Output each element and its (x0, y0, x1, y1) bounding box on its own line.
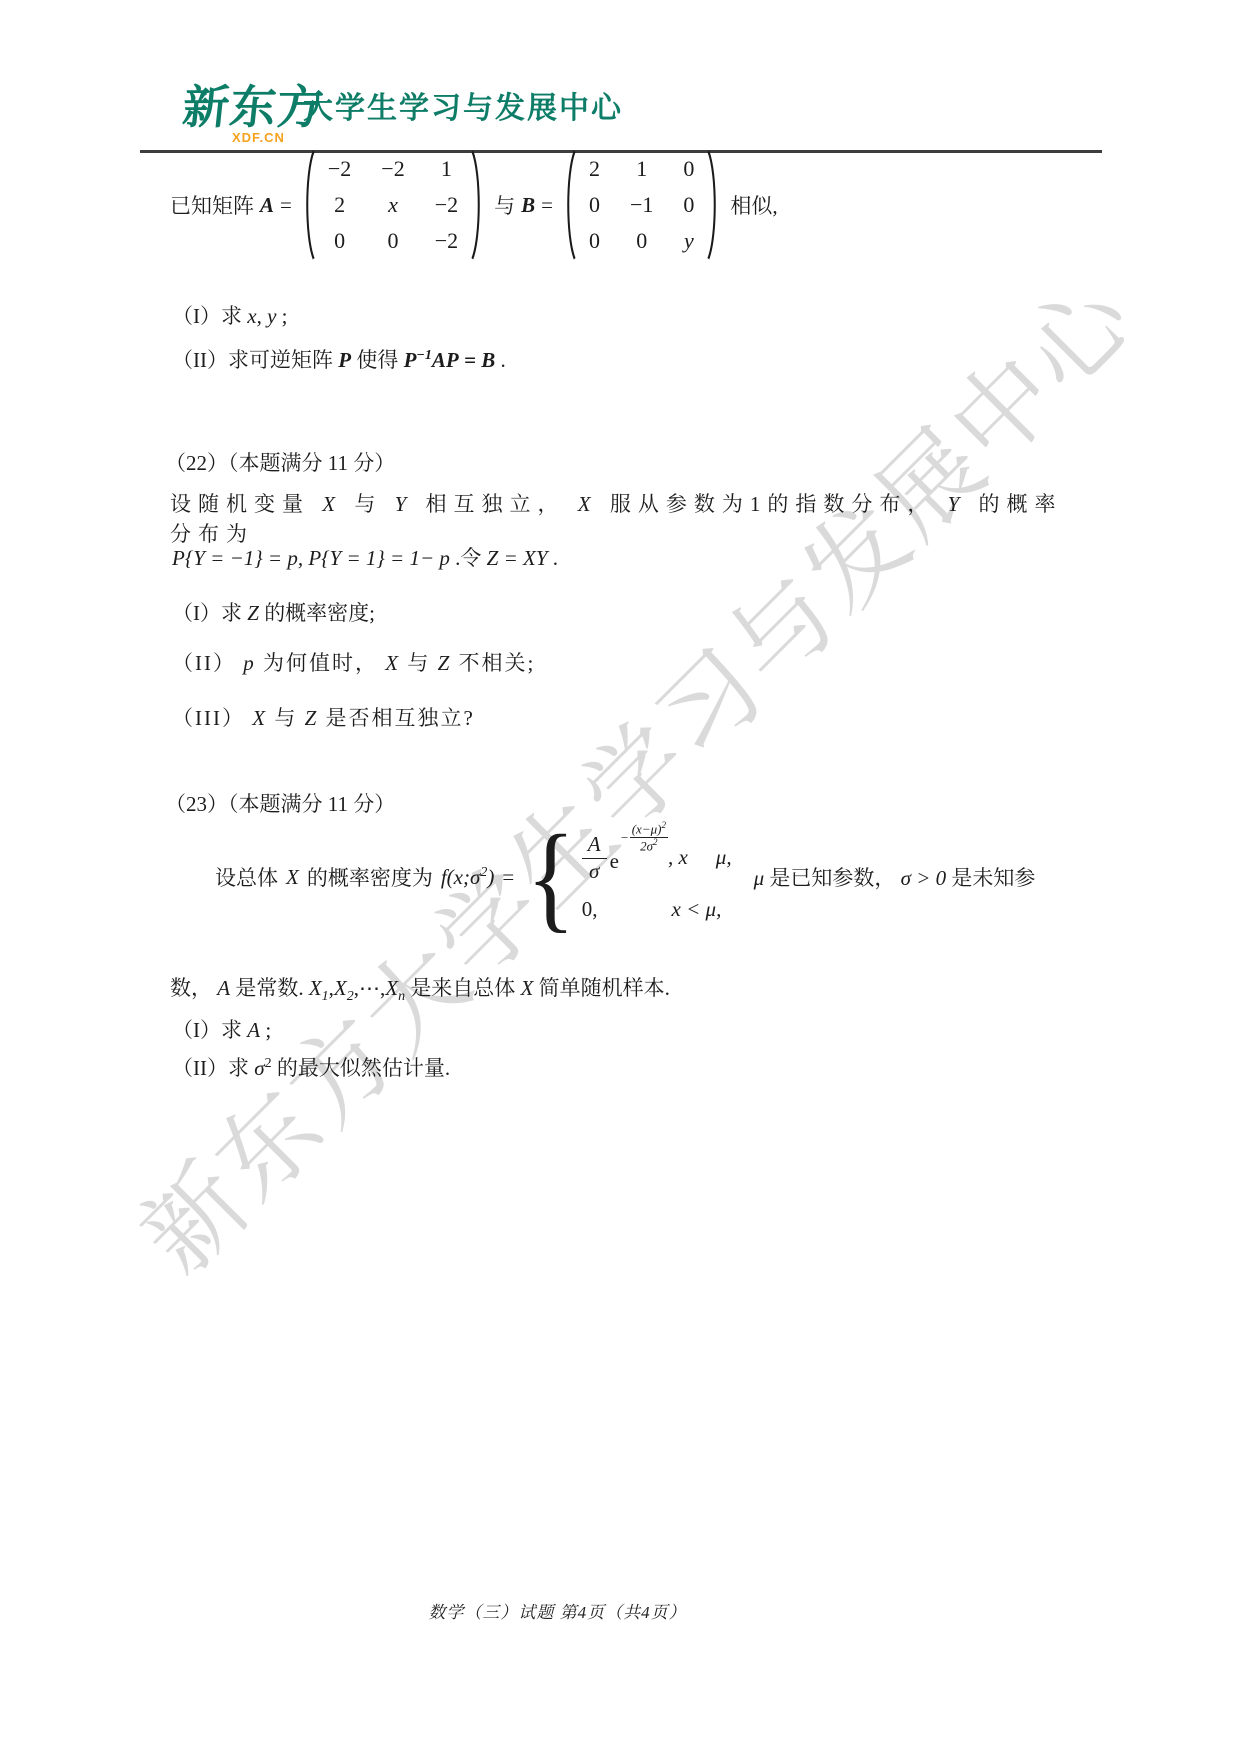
matrix-cell: 1 (630, 156, 653, 182)
q23-e: e (610, 849, 619, 874)
q23-exponent: − (x−μ)2 2σ2 (620, 821, 668, 853)
q23-cond2: x < μ, (672, 897, 722, 922)
matrix-cell: 1 (435, 156, 458, 182)
q23-intro-t2: 的概率密度为 (307, 862, 433, 892)
q23-part2-sigma: σ (254, 1056, 264, 1080)
q23-cond1b: μ, (716, 845, 732, 870)
q23-sample-x2: X (334, 976, 347, 1000)
q22-part1-math: Z (247, 601, 259, 625)
q22-part3-t2: 是否相互独立? (326, 706, 475, 730)
q23-zero: 0, (582, 897, 598, 922)
q23-after-mu: μ (754, 866, 765, 890)
q23-continuation: 数， A 是常数. X1,X2,⋯,Xn 是来自总体 X 简单随机样本. (170, 972, 670, 1005)
left-paren-icon (563, 149, 577, 261)
q23-part2-rest: 的最大似然估计量. (277, 1056, 450, 1080)
matrix-cell: 0 (381, 228, 404, 254)
q21-matrix-line: 已知矩阵 A = −2 −2 1 2 x −2 0 0 −2 与 B = 2 (170, 146, 778, 264)
matrix-cell: 0 (589, 228, 600, 254)
q23-f-of-x: f(x;σ2) (441, 865, 495, 890)
q23-sample-s2: 2 (347, 989, 354, 1004)
q22-line1-seg: Y (948, 492, 967, 516)
q21-part2-eq: = (464, 348, 476, 372)
q21-part2-p-symbol: P (338, 348, 351, 372)
xdf-logo-domain: XDF.CN (232, 131, 285, 144)
q23-part1: （I）求 A ; (172, 1014, 271, 1044)
q22-line1-seg: 设随机变量 (170, 492, 310, 516)
q21-part2-ap: AP (432, 348, 459, 372)
q23-exp-den-text: 2σ (640, 838, 653, 853)
cases-brace-icon: { (526, 824, 575, 930)
q23-f: f(x;σ (441, 865, 481, 889)
matrix-cell: y (683, 228, 694, 254)
q22-line2: P{Y = −1} = p, P{Y = 1} = 1− p .令 Z = XY… (172, 542, 558, 572)
matrix-cell: −2 (435, 192, 458, 218)
header-title: 大学生学习与发展中心 (303, 94, 623, 124)
q23-case-row2: 0, x < μ, (582, 897, 732, 922)
q23-after-t1: 是已知参数， (769, 866, 895, 890)
q23-cond1: , x (668, 845, 688, 870)
page-footer: 数学（三）试题 第4页（共4页） (0, 1598, 1115, 1623)
q22-part2-z: Z (438, 651, 452, 675)
q23-cont-t3: 是来自总体 (410, 976, 515, 1000)
q23-part1-label: （I）求 (172, 1018, 242, 1042)
q23-exp-num: (x−μ)2 (630, 821, 668, 838)
q21-part2: （II）求可逆矩阵 P 使得 P−1AP = B . (172, 344, 506, 374)
matrix-b: 2 1 0 0 −1 0 0 0 y (563, 149, 720, 261)
q21-part2-end: . (500, 348, 505, 372)
q23-frac-den: σ (589, 859, 599, 883)
matrix-cell: 0 (683, 156, 694, 182)
q22-line1-seg: 服从参数为1的指数分布， (610, 492, 936, 516)
q21-part2-mid: 使得 (356, 348, 398, 372)
q21-intro: 已知矩阵 (170, 190, 254, 220)
q21-with: 与 (494, 190, 515, 220)
q21-part1: （I）求 x, y ; (172, 300, 288, 330)
q23-cont-t1: 数， (170, 976, 212, 1000)
q22-part1-rest: 的概率密度; (264, 601, 375, 625)
q23-exp-minus: − (620, 830, 629, 846)
q22-part1-label: （I）求 (172, 601, 242, 625)
q22-line1-seg: 与 (354, 492, 382, 516)
q23-part1-math: A (247, 1018, 260, 1042)
q22-line1-seg: 相互独立， (426, 492, 566, 516)
q23-exp-num-sup: 2 (661, 820, 666, 830)
q23-part2-label: （II）求 (172, 1056, 249, 1080)
q22-line1: 设随机变量 X 与 Y 相互独立， X 服从参数为1的指数分布， Y 的概率分布… (170, 488, 1085, 548)
q23-sample-x1: X (309, 976, 322, 1000)
q22-line2-cn: 令 (460, 546, 481, 570)
q23-cont-t4: 简单随机样本. (539, 976, 670, 1000)
q22-part3-z: Z (305, 706, 319, 730)
q23-cont-x: X (521, 976, 534, 1000)
matrix-cell: 0 (328, 228, 351, 254)
q23-after-text: μ 是已知参数， σ > 0 是未知参 (754, 862, 1036, 892)
q22-part2-p: p (243, 651, 256, 675)
q23-f-eq: = (502, 865, 514, 890)
q22-line1-seg: X (578, 492, 598, 516)
q23-formula-line: 设总体 X 的概率密度为 f(x;σ2) = { A σ e − (215, 812, 1035, 942)
q22-line1-seg: X (322, 492, 342, 516)
q21-matrix-a-symbol: A (260, 193, 274, 218)
q22-part2: （II） p 为何值时， X 与 Z 不相关; (172, 647, 535, 677)
exam-page: 新东方大学生学习与发展中心 新东方 XDF.CN 大学生学习与发展中心 已知矩阵… (0, 0, 1241, 1754)
q21-part1-math: x, y (247, 304, 276, 328)
q22-part2-x: X (385, 651, 400, 675)
q23-part1-end: ; (265, 1018, 271, 1042)
q21-part2-exponent: −1 (416, 348, 431, 363)
q23-sample-sequence: X1,X2,⋯,Xn (309, 976, 405, 1000)
q23-intro-x: X (286, 865, 299, 890)
q22-line1-seg: Y (395, 492, 414, 516)
q23-f-close: ) (487, 865, 494, 889)
matrix-cell: −2 (435, 228, 458, 254)
q23-frac-num: A (582, 832, 607, 858)
q23-sample-sn: n (398, 989, 405, 1004)
matrix-a-grid: −2 −2 1 2 x −2 0 0 −2 (316, 150, 470, 260)
q23-sample-dots: ,⋯, (354, 976, 386, 1000)
q21-part1-label: （I）求 (172, 304, 242, 328)
matrix-cell: −2 (328, 156, 351, 182)
q23-exp-den: 2σ2 (640, 838, 657, 854)
q23-cont-a: A (217, 976, 230, 1000)
q21-part2-b-symbol: B (481, 348, 495, 372)
right-paren-icon (470, 149, 484, 261)
q23-exp-num-text: (x−μ) (632, 822, 662, 837)
matrix-cell: 0 (683, 192, 694, 218)
matrix-a: −2 −2 1 2 x −2 0 0 −2 (302, 149, 484, 261)
matrix-cell: x (381, 192, 404, 218)
q23-exp-fraction: (x−μ)2 2σ2 (630, 821, 668, 853)
q22-line2-math2: Z = XY (487, 546, 548, 570)
q22-part3-t1: 与 (274, 706, 297, 730)
matrix-cell: 2 (589, 156, 600, 182)
q22-part2-t2: 与 (407, 651, 430, 675)
q22-line2-math1: P{Y = −1} = p, P{Y = 1} = 1− p (172, 546, 450, 570)
q23-cases: { A σ e − (x−μ)2 2σ2 (522, 824, 731, 930)
q23-exponential: e − (x−μ)2 2σ2 (610, 841, 668, 873)
q21-similar: 相似, (730, 190, 777, 220)
matrix-cell: 2 (328, 192, 351, 218)
q22-part2-label: （II） (172, 651, 236, 675)
q23-sample-xn: X (385, 976, 398, 1000)
q21-eq1: = (280, 193, 292, 218)
q23-part2-sup: 2 (265, 1056, 272, 1071)
q23-cases-rows: A σ e − (x−μ)2 2σ2 , x (582, 832, 732, 921)
q22-heading: （22）（本题满分 11 分） (165, 447, 395, 477)
q22-part3-x: X (252, 706, 267, 730)
q22-part2-t1: 为何值时， (263, 651, 378, 675)
q21-part1-end: ; (282, 304, 288, 328)
q21-part2-label: （II）求可逆矩阵 (172, 348, 333, 372)
q22-line2-end: . (553, 546, 558, 570)
q23-case-row1: A σ e − (x−μ)2 2σ2 , x (582, 832, 732, 882)
right-paren-icon (706, 149, 720, 261)
q23-after-t2: 是未知参 (951, 866, 1035, 890)
q23-after-sigma: σ > 0 (901, 866, 947, 890)
q23-part2: （II）求 σ2 的最大似然估计量. (172, 1052, 450, 1082)
q22-part2-t3: 不相关; (459, 651, 536, 675)
matrix-cell: 0 (630, 228, 653, 254)
q21-part2-pinv: P (404, 348, 417, 372)
q21-eq2: = (541, 193, 553, 218)
q22-part1: （I）求 Z 的概率密度; (172, 597, 375, 627)
left-paren-icon (302, 149, 316, 261)
q23-intro-t1: 设总体 (215, 862, 278, 892)
q22-part3: （III） X 与 Z 是否相互独立? (172, 702, 475, 732)
q22-part3-label: （III） (172, 706, 245, 730)
matrix-cell: −2 (381, 156, 404, 182)
matrix-b-grid: 2 1 0 0 −1 0 0 0 y (577, 150, 706, 260)
q23-sample-s1: 1 (322, 989, 329, 1004)
q23-big-fraction: A σ (582, 832, 607, 882)
matrix-cell: −1 (630, 192, 653, 218)
q23-cont-t2: 是常数. (235, 976, 303, 1000)
q21-matrix-b-symbol: B (521, 193, 535, 218)
matrix-cell: 0 (589, 192, 600, 218)
q23-exp-den-sup: 2 (653, 837, 658, 847)
